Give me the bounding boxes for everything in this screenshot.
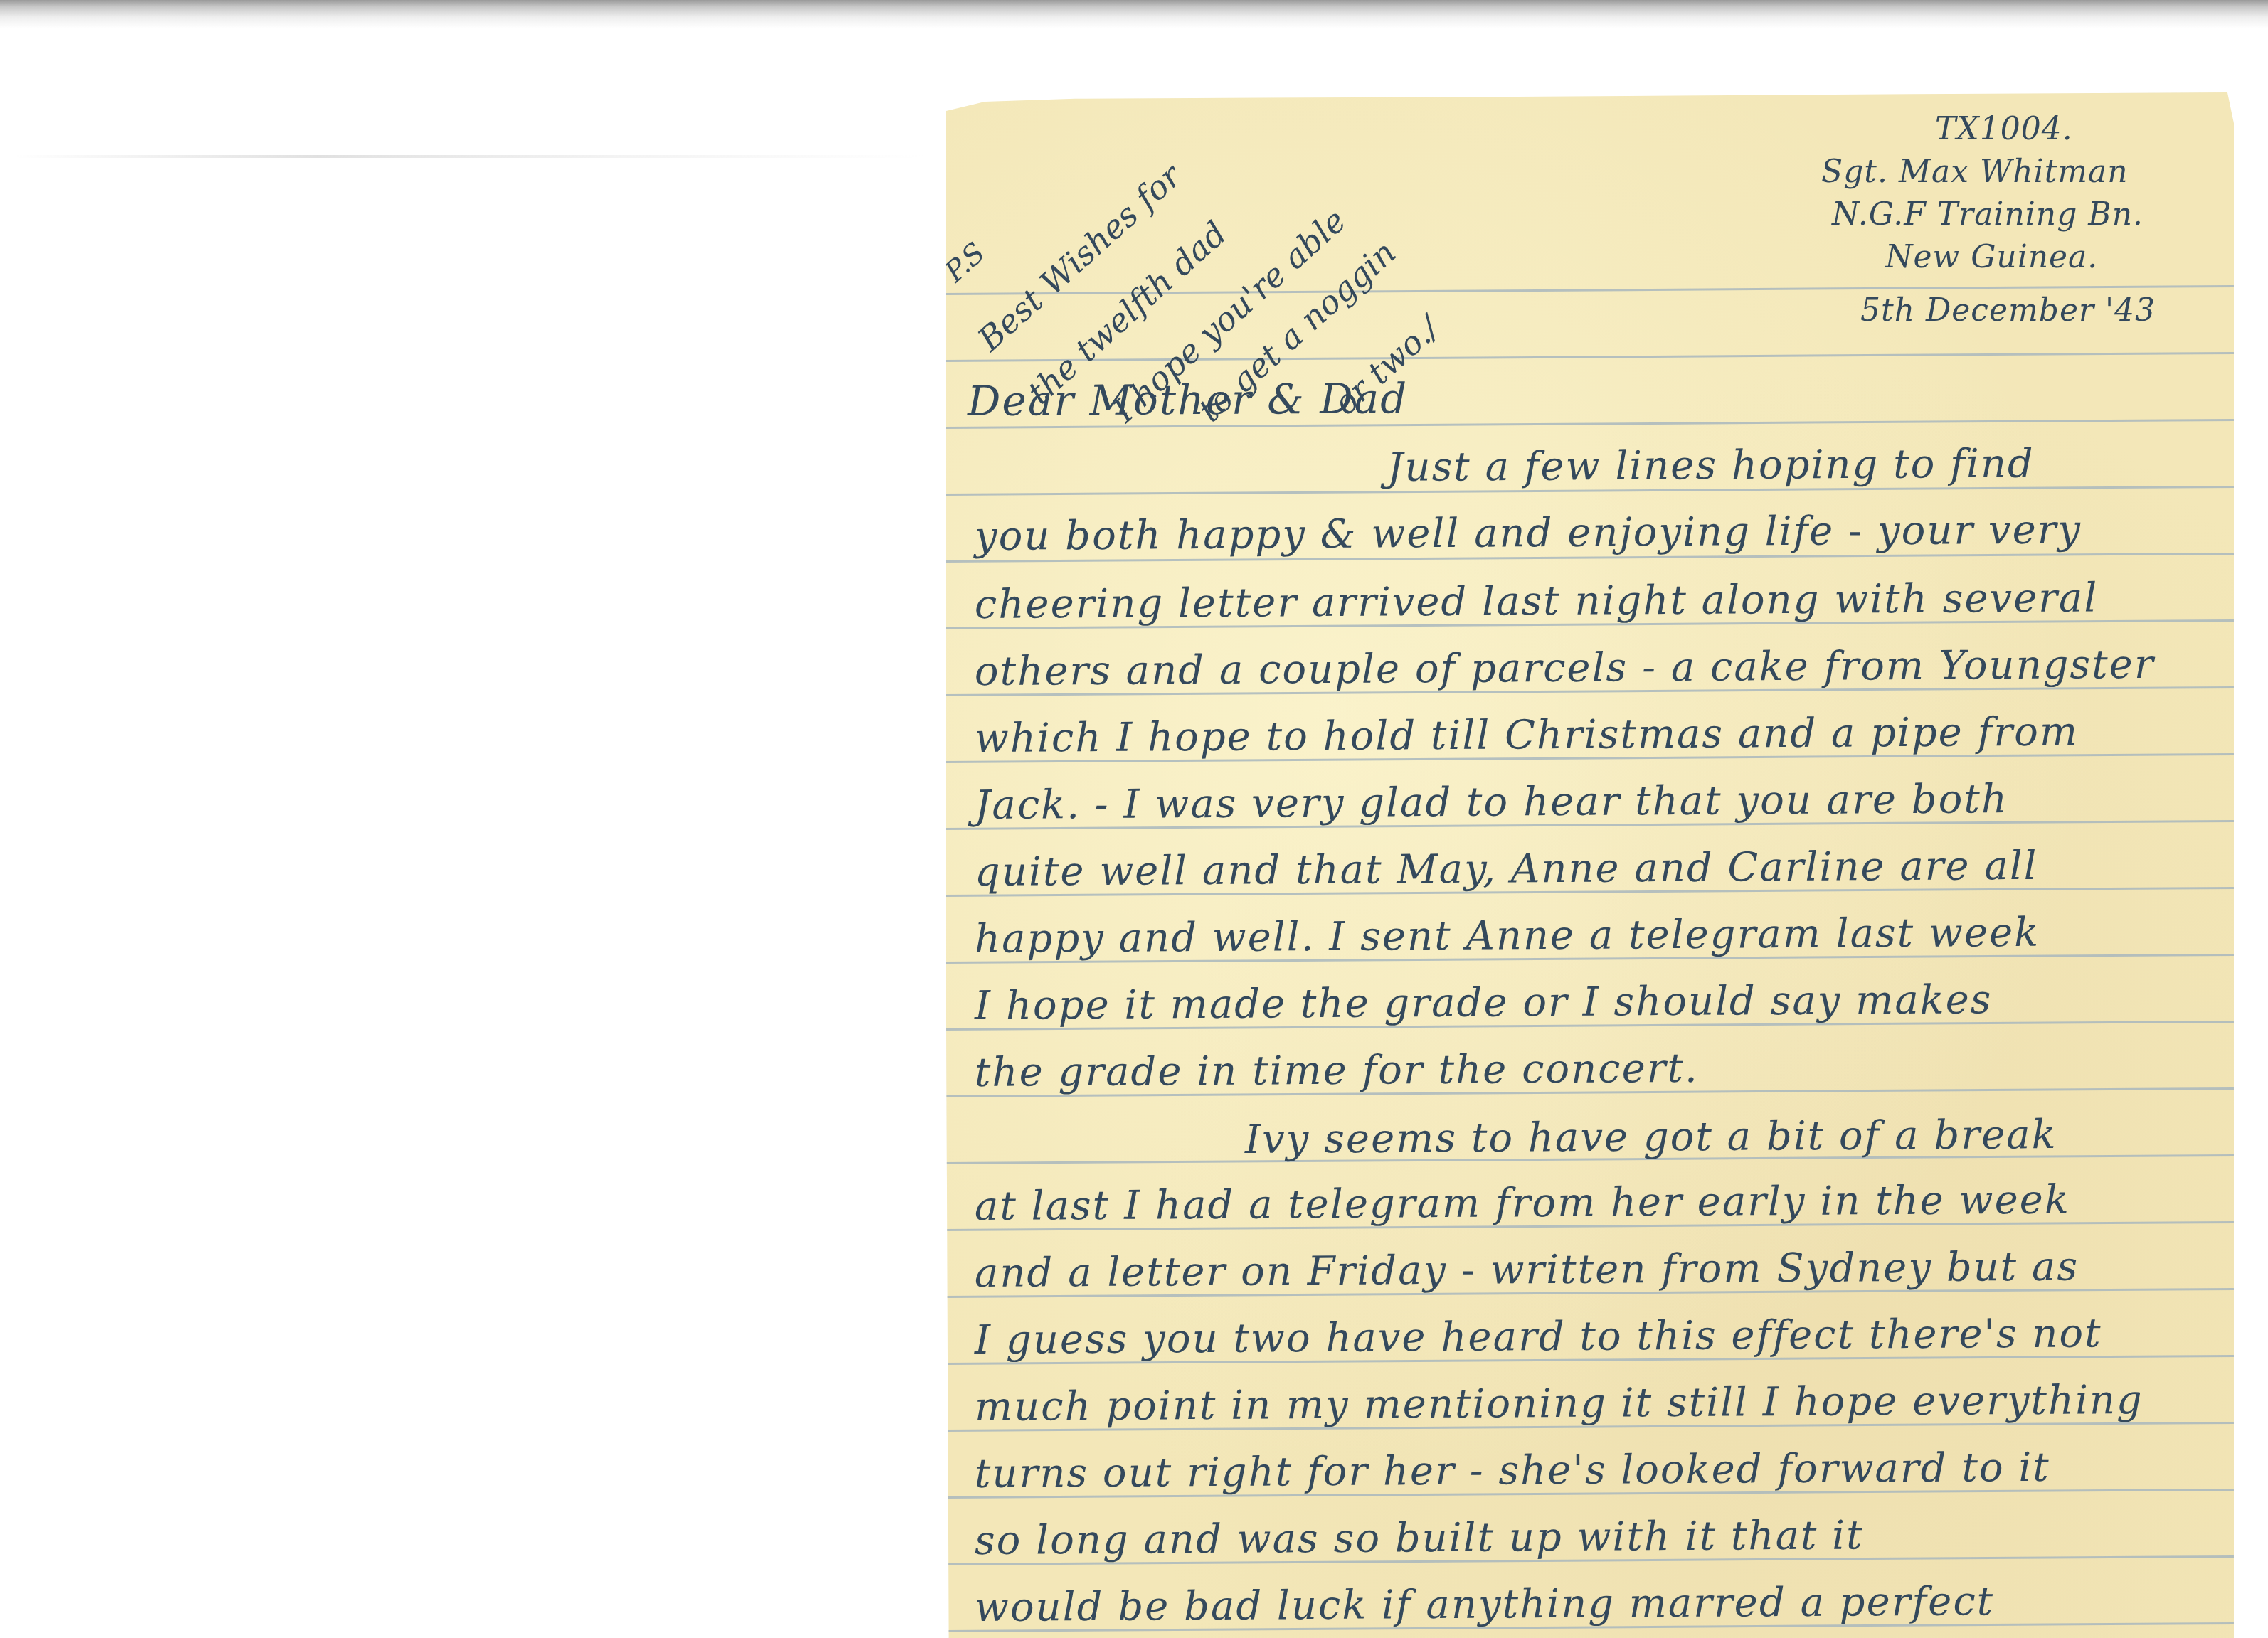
body-line: which I hope to hold till Christmas and … (975, 709, 2079, 762)
salutation: Dear Mother & Dad (968, 374, 1409, 425)
body-line: happy and well. I sent Anne a telegram l… (975, 910, 2040, 962)
body-line: the grade in time for the concert. (975, 1046, 1699, 1096)
scan-artifact (14, 155, 925, 158)
body-line: would be bad luck if anything marred a p… (975, 1578, 1995, 1631)
postscript-label: P.S (938, 236, 992, 289)
body-line: I guess you two have heard to this effec… (975, 1310, 2102, 1363)
scanner-edge-shadow (0, 0, 2268, 28)
body-line: others and a couple of parcels - a cake … (975, 642, 2155, 695)
body-line: and a letter on Friday - written from Sy… (975, 1244, 2079, 1297)
body-line: at last I had a telegram from her early … (975, 1177, 2070, 1230)
body-line: Just a few lines hoping to find (1387, 440, 2035, 491)
body-line: Ivy seems to have got a bit of a break (1245, 1112, 2057, 1163)
body-line: turns out right for her - she's looked f… (975, 1445, 2050, 1497)
body-line: quite well and that May, Anne and Carlin… (975, 843, 2038, 895)
body-line: you both happy & well and enjoying life … (975, 506, 2082, 560)
body-line: Jack. - I was very glad to hear that you… (975, 776, 2008, 829)
body-line: so long and was so built up with it that… (975, 1512, 1864, 1564)
letter-page: TX1004. Sgt. Max Whitman N.G.F Training … (946, 92, 2234, 1638)
body-line: I hope it made the grade or I should say… (975, 977, 1993, 1029)
postscript-line: Best Wishes for (970, 156, 1189, 358)
body-line: cheering letter arrived last night along… (975, 575, 2099, 628)
body-line: much point in my mentioning it still I h… (975, 1377, 2144, 1430)
